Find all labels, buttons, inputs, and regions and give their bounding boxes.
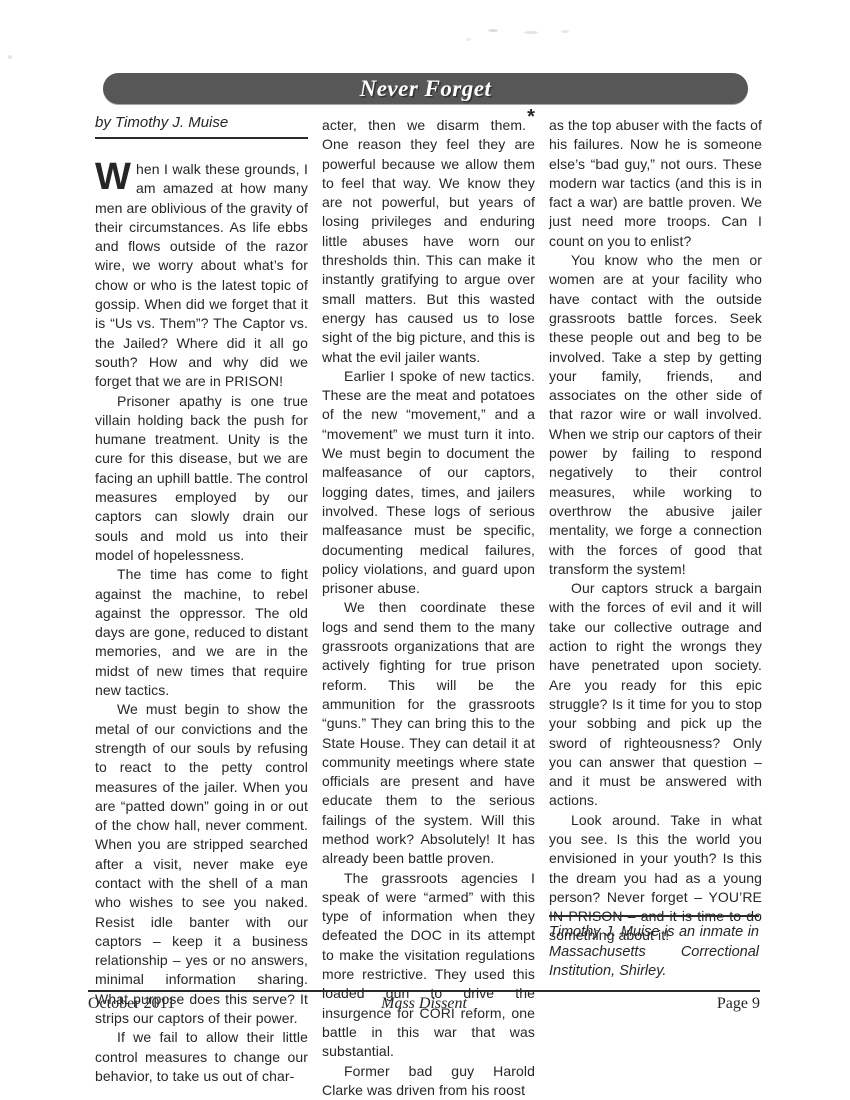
paragraph: Our captors struck a bargain with the fo… <box>549 579 762 811</box>
paragraph: The grassroots agencies I speak of were … <box>322 869 535 1062</box>
opening-paragraph: When I walk these grounds, I am amazed a… <box>95 160 308 392</box>
scan-noise <box>524 31 538 34</box>
scan-noise <box>466 38 471 41</box>
continued-paragraph: as the top abuser with the facts of his … <box>549 116 762 251</box>
author-bio-note: Timothy J. Muise is an inmate in Massach… <box>549 915 759 982</box>
paragraph: Former bad guy Harold Clarke was driven … <box>322 1062 535 1100</box>
paragraph: We then coordinate these logs and send t… <box>322 598 535 868</box>
scan-noise <box>561 30 569 33</box>
scan-noise <box>488 29 498 32</box>
paragraph: We must begin to show the metal of our c… <box>95 700 308 1028</box>
paragraph: Prisoner apathy is one true villain hold… <box>95 392 308 566</box>
drop-cap: W <box>95 160 136 193</box>
scan-noise <box>8 55 12 59</box>
article-title: Never Forget <box>360 76 492 102</box>
footer-publication-name: Mass Dissent <box>88 995 760 1013</box>
byline: by Timothy J. Muise <box>95 114 308 139</box>
continued-paragraph: acter, then we disarm them.* One reason … <box>322 116 535 367</box>
page-footer: October 2011 Mass Dissent Page 9 <box>88 990 760 1013</box>
article-title-banner: Never Forget <box>103 73 748 104</box>
paragraph: If we fail to allow their little control… <box>95 1028 308 1086</box>
paragraph: The time has come to fight against the m… <box>95 565 308 700</box>
paragraph: You know who the men or women are at you… <box>549 251 762 579</box>
newsletter-page: Never Forget by Timothy J. Muise When I … <box>0 0 850 1100</box>
paragraph-text: acter, then we disarm them. <box>322 117 526 133</box>
text-column-2: acter, then we disarm them.* One reason … <box>322 116 535 1100</box>
paragraph-text: One reason they feel they are powerful b… <box>322 136 535 364</box>
paragraph: Earlier I spoke of new tactics. These ar… <box>322 367 535 599</box>
text-column-3: as the top abuser with the facts of his … <box>549 116 762 946</box>
text-column-1: When I walk these grounds, I am amazed a… <box>95 160 308 1086</box>
